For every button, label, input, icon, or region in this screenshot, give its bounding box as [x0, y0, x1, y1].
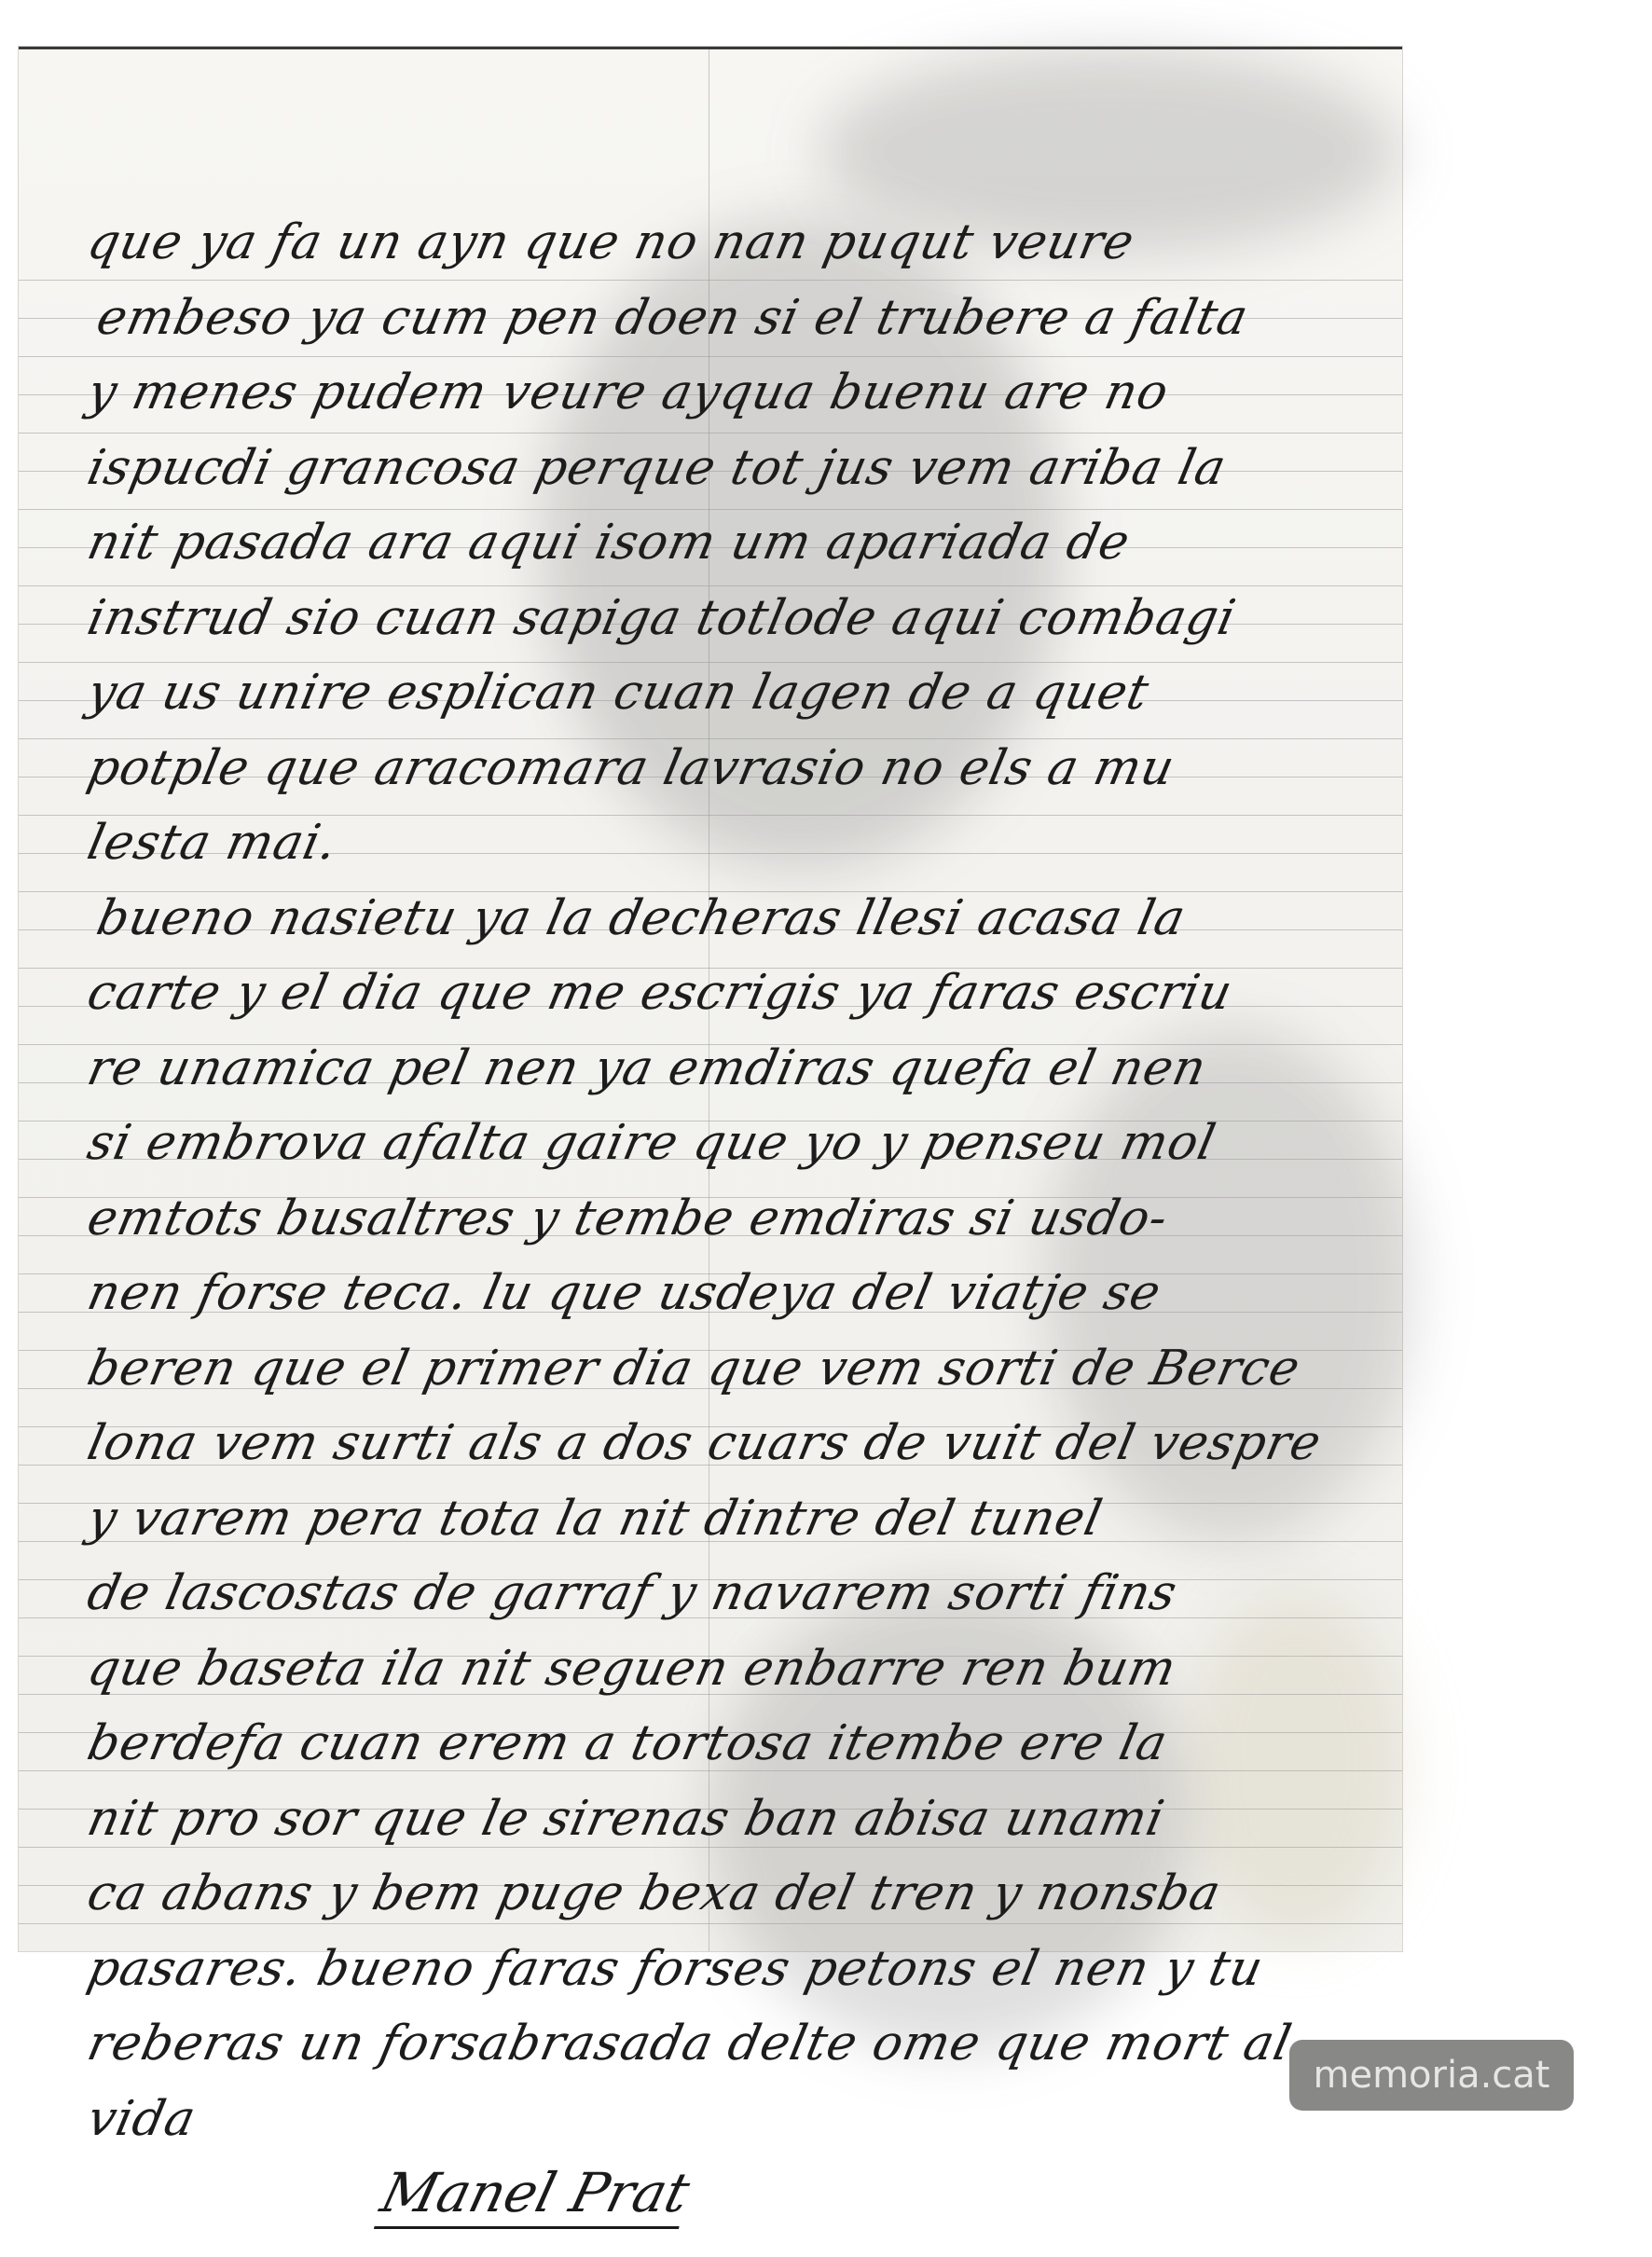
ruled-line [19, 433, 1402, 434]
letter-line: carte y el dia que me escrigis ya faras … [83, 965, 1238, 1021]
letter-line: beren que el primer dia que vem sorti de… [83, 1341, 1305, 1397]
letter-line: embeso ya cum pen doen si el trubere a f… [92, 290, 1254, 346]
signature: Manel Prat [374, 2161, 695, 2229]
ruled-line [19, 662, 1402, 663]
letter-line: si embrova afalta gaire que yo y penseu … [83, 1115, 1221, 1171]
letter-line: ispucdi grancosa perque tot jus vem arib… [83, 440, 1232, 496]
letter-line: y varem pera tota la nit dintre del tune… [83, 1491, 1108, 1547]
ruled-line [19, 356, 1402, 357]
letter-line: emtots busaltres y tembe emdiras si usdo… [83, 1190, 1174, 1246]
letter-line: de lascostas de garraf y navarem sorti f… [83, 1565, 1182, 1621]
watermark: memoria.cat [1289, 2040, 1574, 2111]
letter-line: bueno nasietu ya la decheras llesi acasa… [92, 890, 1191, 946]
ruled-line [19, 738, 1402, 739]
letter-line: nit pro sor que le sirenas ban abisa una… [83, 1791, 1170, 1847]
ruled-line [19, 1847, 1402, 1848]
letter-line: vida [83, 2091, 201, 2147]
letter-line: instrud sio cuan sapiga totlode aqui com… [83, 590, 1241, 646]
ruled-line [19, 509, 1402, 510]
letter-line: ya us unire esplican cuan lagen de a que… [83, 665, 1154, 721]
letter-line: nen forse teca. lu que usdeya del viatje… [83, 1265, 1166, 1321]
letter-line: que baseta ila nit seguen enbarre ren bu… [83, 1641, 1182, 1697]
letter-line: re unamica pel nen ya emdiras quefa el n… [83, 1040, 1212, 1096]
ruled-line [19, 1923, 1402, 1924]
letter-line: pasares. bueno faras forses petons el ne… [83, 1941, 1269, 1997]
letter-line: lesta mai. [83, 815, 343, 871]
letter-line: berdefa cuan erem a tortosa itembe ere l… [83, 1715, 1173, 1771]
ruled-line [19, 585, 1402, 586]
letter-line: nit pasada ara aqui isom um apariada de [83, 515, 1136, 571]
letter-line: lona vem surti als a dos cuars de vuit d… [83, 1415, 1327, 1471]
ruled-line [19, 280, 1402, 281]
letter-line: y menes pudem veure ayqua buenu are no [83, 365, 1174, 420]
letter-line: que ya fa un ayn que no nan puqut veure [83, 214, 1140, 270]
letter-line: ca abans y bem puge bexa del tren y nons… [83, 1865, 1226, 1921]
watermark-text: memoria.cat [1314, 2054, 1550, 2097]
letter-line: potple que aracomara lavrasio no els a m… [83, 740, 1180, 796]
letter-line: reberas un forsabrasada delte ome que mo… [83, 2016, 1297, 2071]
